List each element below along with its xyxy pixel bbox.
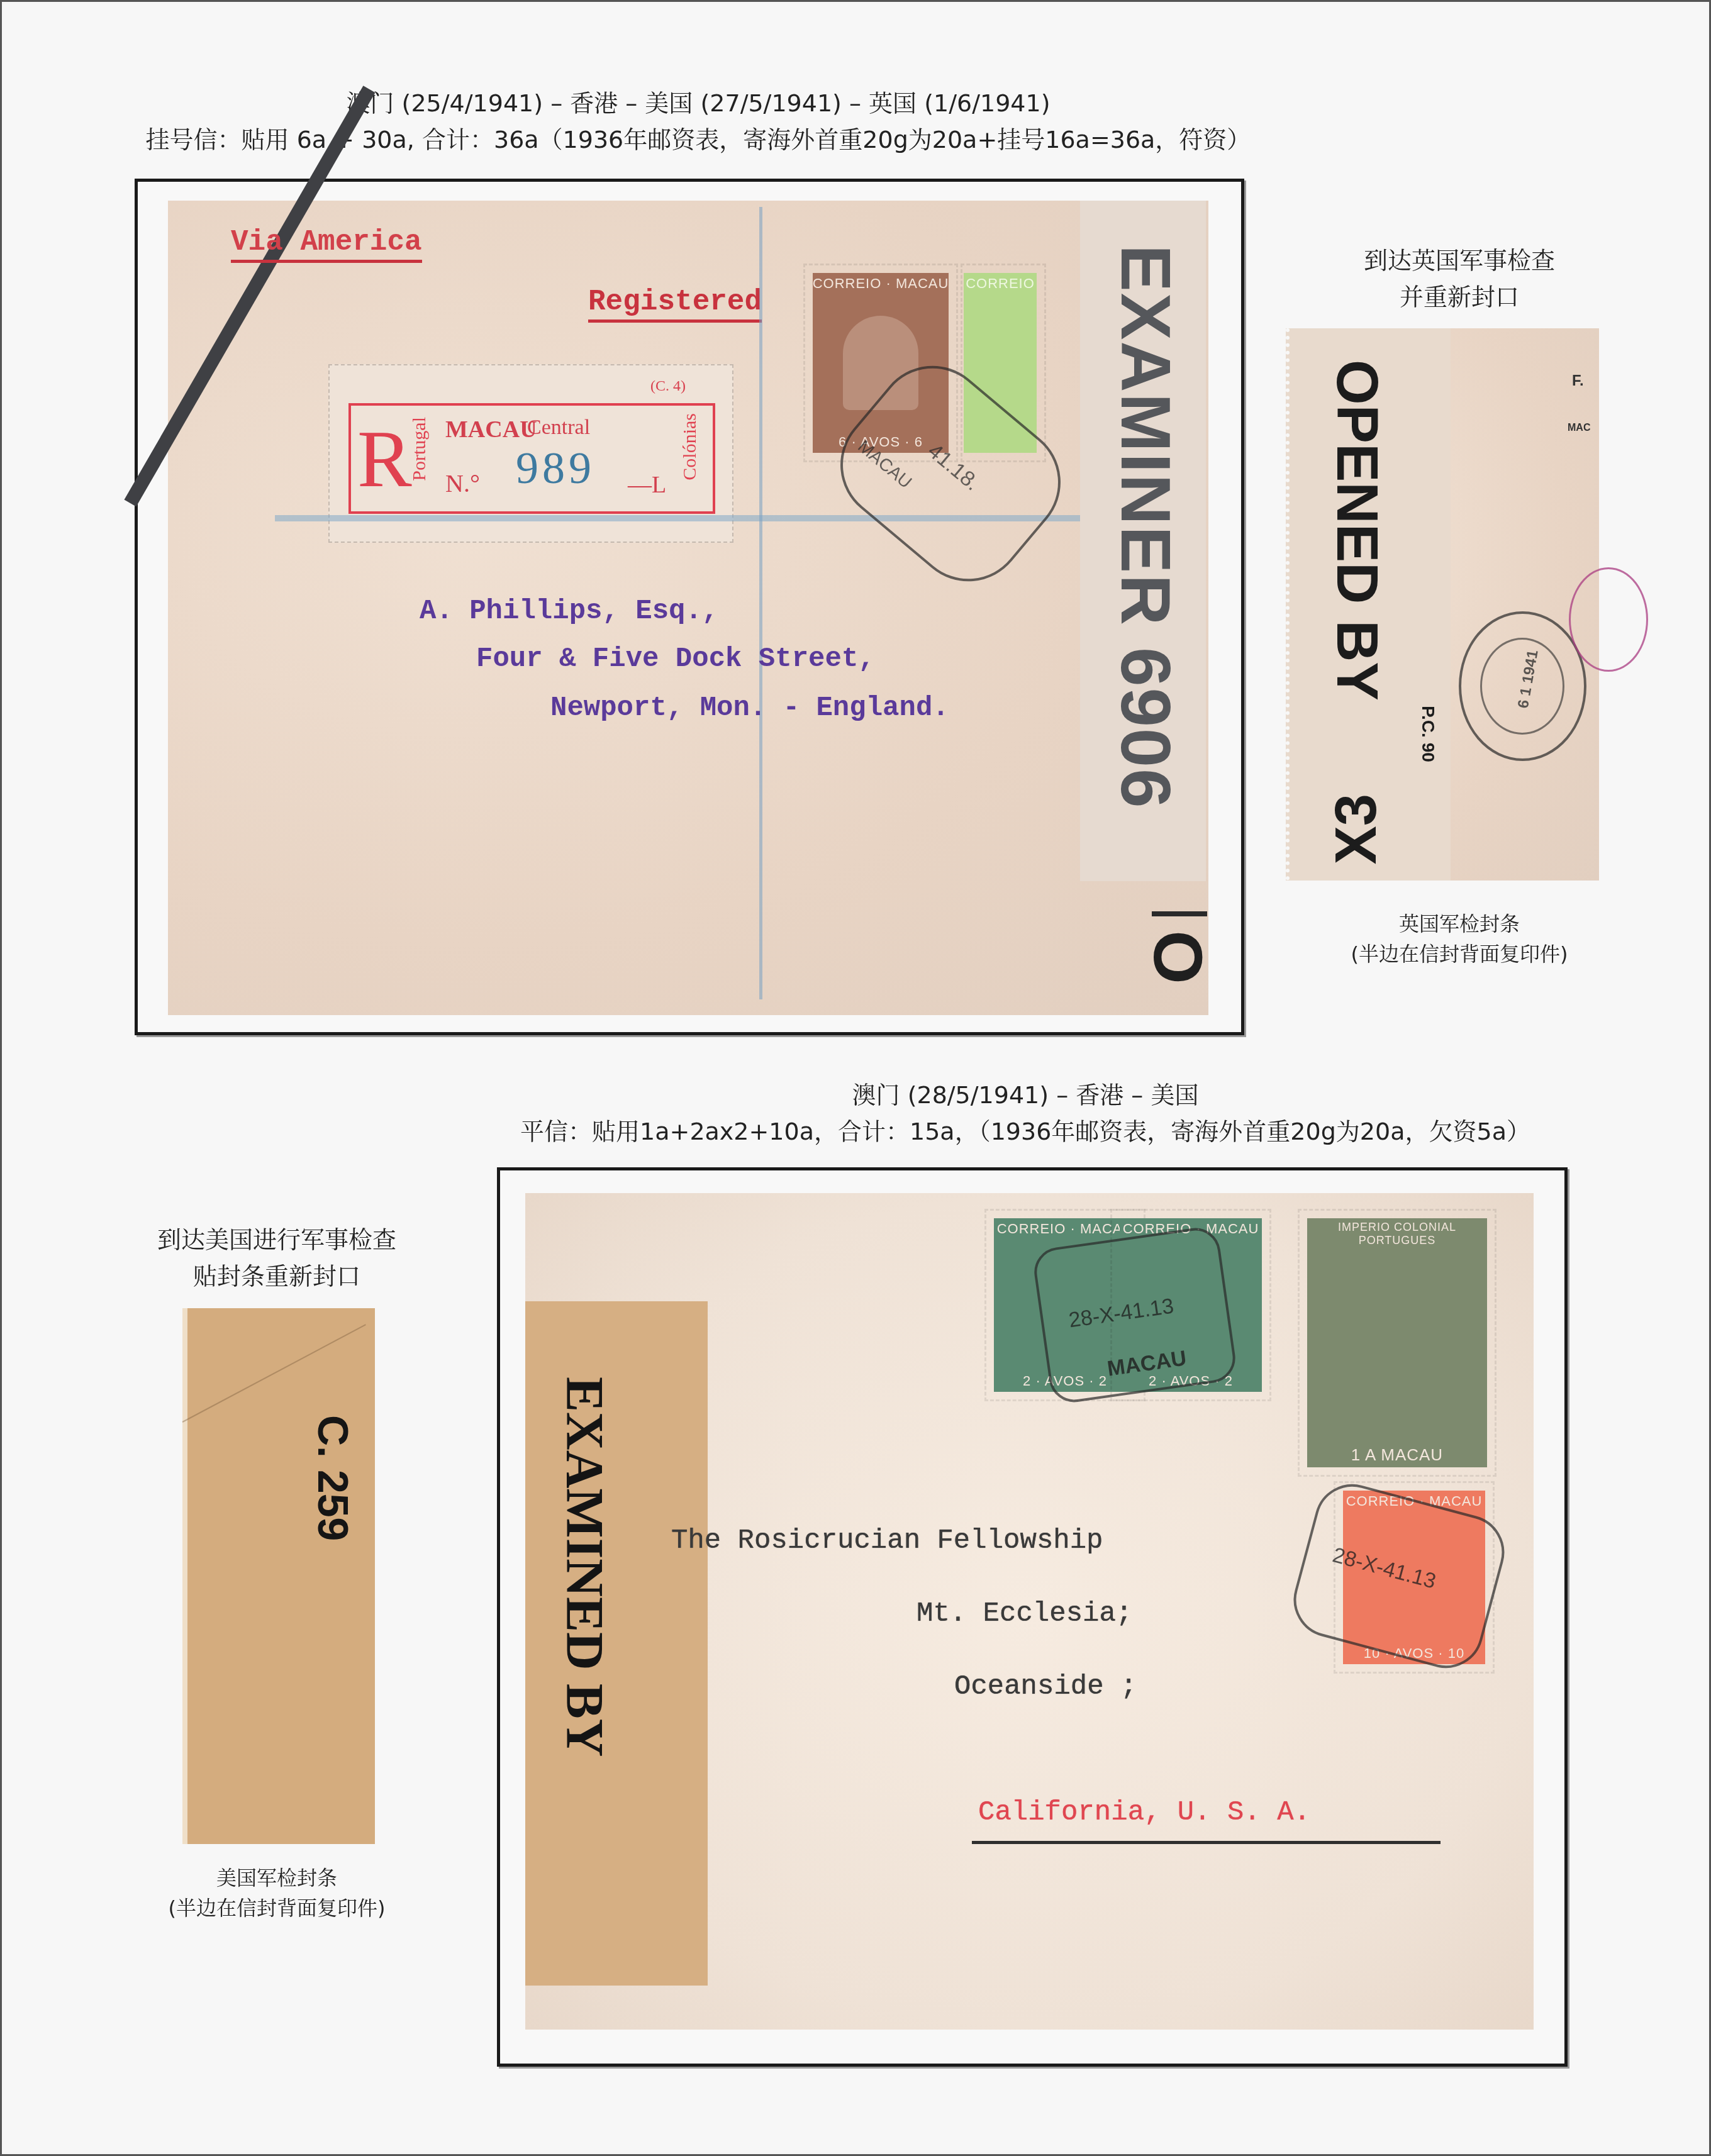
cover1-registered: Registered <box>588 286 762 323</box>
examiner-tape-text: EXAMINER 6906 <box>1105 245 1186 809</box>
cover1-censor-tape: EXAMINER 6906 <box>1080 201 1206 881</box>
cover2-underline <box>972 1841 1441 1844</box>
cover2-caption: 澳门 (28/5/1941) – 香港 – 美国 平信：贴用1a+2ax2+10… <box>491 1077 1560 1150</box>
cover2-envelope: EXAMINED BY CORREIO · MACAU 2 · AVOS · 2… <box>525 1193 1534 2030</box>
opened-by-text: OPENED BY <box>1324 360 1390 701</box>
cover1-address-line3: Newport, Mon. - England. <box>550 692 949 724</box>
uk-censor-tape-photo: OPENED BY X3 P.C. 90 F. MAC 6 1 1941 <box>1286 328 1599 881</box>
uk-censor-title: 到达英国军事检查 并重新封口 <box>1283 242 1636 315</box>
cover1-address-line2: Four & Five Dock Street, <box>476 643 875 675</box>
us-censor-caption: 美国军检封条 (半边在信封背面复印件) <box>145 1863 409 1923</box>
reg-office-sub: Central <box>527 416 590 440</box>
cover1-frame: Via America Registered (C. 4) R Portugal… <box>135 179 1244 1035</box>
cover2-frame: EXAMINED BY CORREIO · MACAU 2 · AVOS · 2… <box>497 1167 1568 2067</box>
cover2-address-line2: Mt. Ecclesia; <box>917 1598 1132 1630</box>
reg-colonias: Colónias <box>679 413 701 481</box>
cover1-address-line1: A. Phillips, Esq., <box>420 596 718 627</box>
cover1-caption: 澳门 (25/4/1941) – 香港 – 美国 (27/5/1941) – 英… <box>88 85 1308 158</box>
reg-no-prefix: N.° <box>445 469 480 498</box>
cover2-postmark-1: 28-X-41.13 MACAU <box>1031 1225 1239 1405</box>
reg-label-box: R Portugal MACAU Central N.° 989 —L Coló… <box>348 403 715 514</box>
reg-office: MACAU <box>445 416 537 443</box>
corner-text-f: F. <box>1572 372 1584 390</box>
corner-text-mac: MAC <box>1568 423 1590 434</box>
cover2-stamp-1a: IMPERIO COLONIAL PORTUGUES 1 A MACAU <box>1298 1209 1496 1477</box>
opened-by-code: X3 <box>1324 794 1390 865</box>
fold-line <box>182 1324 366 1423</box>
us-tape-code: C. 259 <box>308 1415 357 1541</box>
cover2-route: 澳门 (28/5/1941) – 香港 – 美国 <box>491 1077 1560 1113</box>
reg-form-code: (C. 4) <box>650 378 686 395</box>
cover2-postage-note: 平信：贴用1a+2ax2+10a，合计：15a，（1936年邮资表，寄海外首重2… <box>491 1113 1560 1150</box>
pc-90-label: P.C. 90 <box>1418 706 1438 762</box>
blue-crayon-vertical <box>759 207 762 999</box>
reg-portugal: Portugal <box>409 417 430 481</box>
reg-suffix: —L <box>628 471 666 499</box>
cover1-envelope: Via America Registered (C. 4) R Portugal… <box>168 201 1208 1015</box>
reg-letter: R <box>357 418 412 500</box>
purple-postmark <box>1569 567 1648 672</box>
examiner-tape-divider <box>1152 911 1207 916</box>
cover1-postage-note: 挂号信：贴用 6a + 30a, 合计：36a（1936年邮资表，寄海外首重20… <box>88 121 1308 158</box>
us-censor-title: 到达美国进行军事检查 贴封条重新封口 <box>126 1221 428 1294</box>
examined-by-text: EXAMINED BY <box>554 1377 615 1757</box>
cover2-address-line3: Oceanside ; <box>954 1671 1137 1703</box>
cover1-route: 澳门 (25/4/1941) – 香港 – 美国 (27/5/1941) – 英… <box>88 85 1308 121</box>
reg-number: 989 <box>516 442 595 494</box>
cover2-address-line1: The Rosicrucian Fellowship <box>671 1525 1103 1557</box>
examiner-tape-tail: O <box>1143 930 1212 984</box>
cover1-via-america: Via America <box>231 226 422 263</box>
new-york-postmark: 6 1 1941 <box>1459 611 1586 761</box>
cover2-censor-tape: EXAMINED BY <box>525 1301 708 1986</box>
us-censor-tape-photo: C. 259 <box>182 1308 375 1844</box>
uk-censor-caption: 英国军检封条 (半边在信封背面复印件) <box>1296 909 1623 969</box>
cover2-address-country: California, U. S. A. <box>978 1797 1310 1828</box>
